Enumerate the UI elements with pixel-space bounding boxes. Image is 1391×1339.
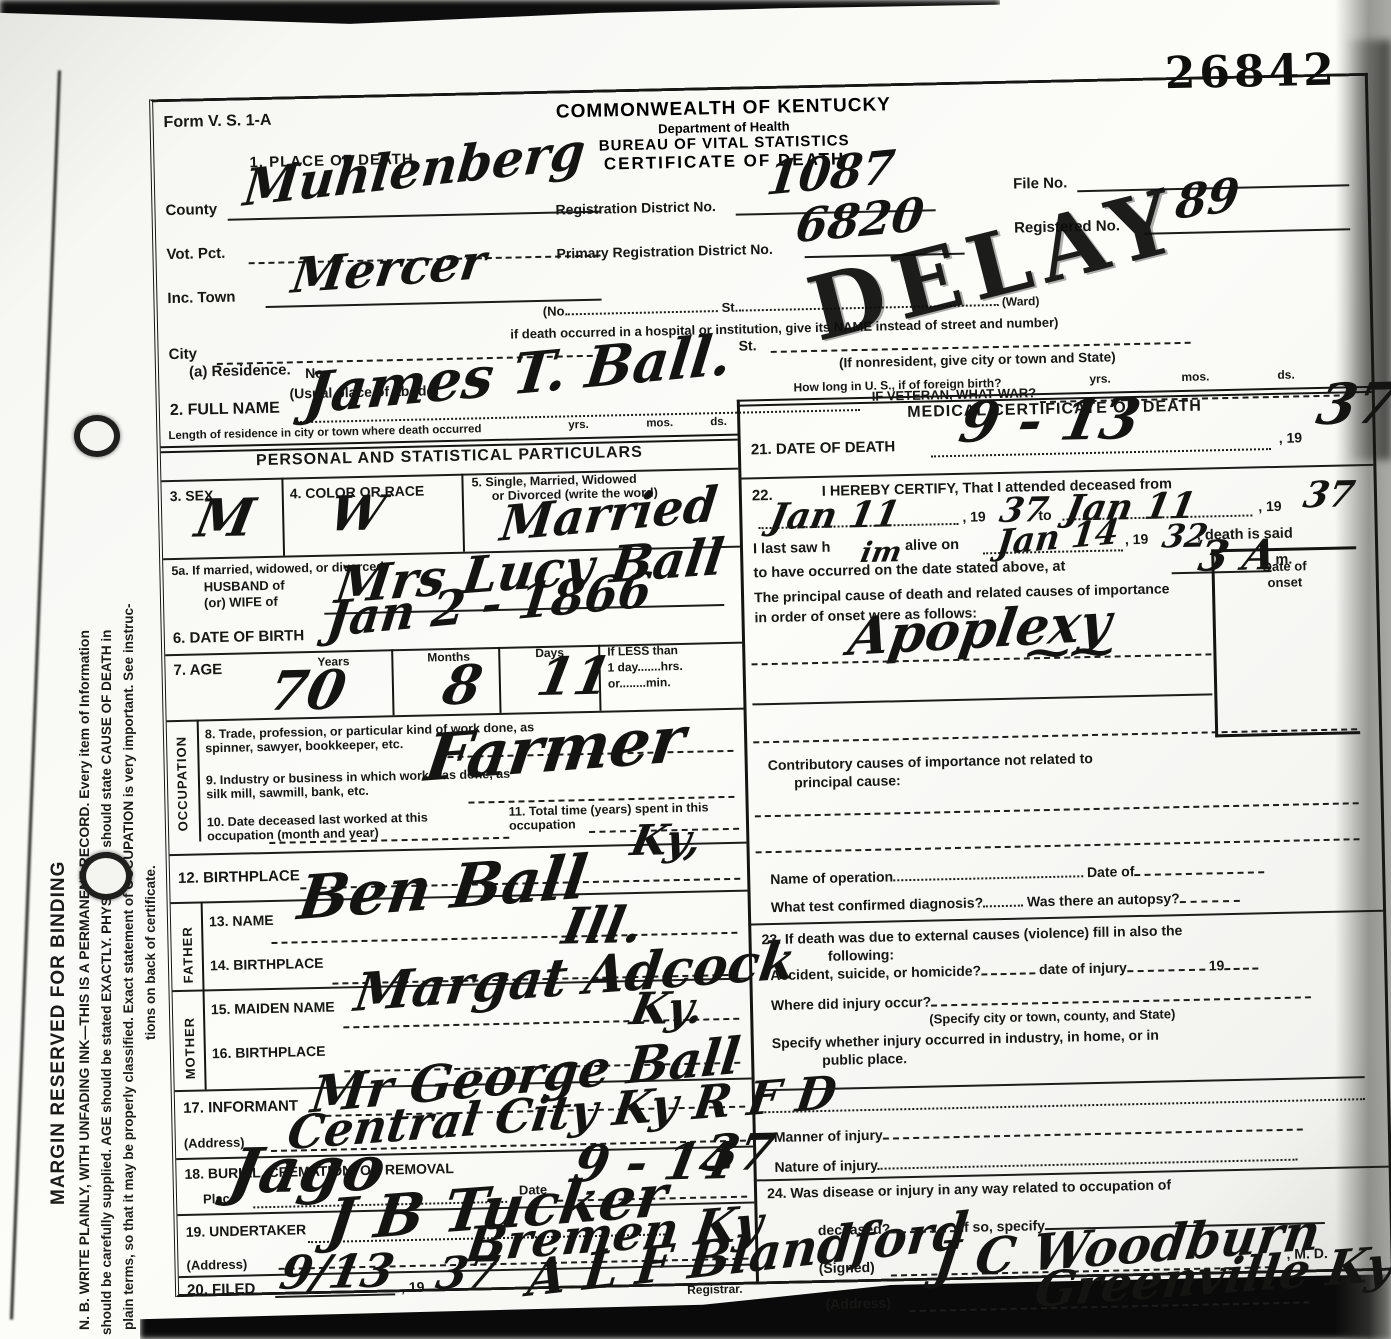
mother-side-label: MOTHER (182, 1015, 198, 1079)
reg-district-label: Registration District No. (555, 198, 716, 217)
undertaker-addr-label: (Address) (186, 1257, 247, 1273)
race-value: W (330, 489, 385, 538)
file-no-label: File No. (1013, 174, 1068, 192)
full-name-value: James T. Ball. (303, 327, 734, 422)
father-bp-label: 14. BIRTHPLACE (210, 955, 324, 973)
scanned-death-certificate: { "stamp": { "serial": "26842", "delay":… (0, 0, 1391, 1339)
s23-text-1: 23. If death was due to external causes … (761, 922, 1182, 947)
manner-injury-line: Manner of injury (774, 1118, 1303, 1146)
signed-label: (Signed) (819, 1259, 875, 1276)
st-label-2: St. (738, 337, 756, 353)
s5a-line2: HUSBAND of (204, 578, 285, 595)
burial-year-value: 37 (704, 1127, 775, 1179)
inc-town-label: Inc. Town (167, 289, 235, 307)
occurred-text: to have occurred on the date stated abov… (753, 559, 1065, 582)
nonresident-note: (If nonresident, give city or town and S… (839, 349, 1116, 370)
onset-label-1: Date of (1214, 557, 1354, 575)
operation-line: Name of operation Date of (770, 860, 1264, 887)
father-name-value: Ben Ball (297, 848, 589, 929)
yrs-label: yrs. (568, 419, 589, 431)
age-days-value: 11 (537, 651, 610, 705)
cause-flourish: ⁓⁓ (1025, 630, 1114, 676)
ds-label-2: ds. (1277, 368, 1295, 382)
form-number: Form V. S. 1-A (163, 112, 271, 132)
dod-year-value: 37 (1317, 375, 1391, 433)
occupation-side-label: OCCUPATION (173, 731, 190, 831)
test-autopsy-line: What test confirmed diagnosis? Was there… (771, 889, 1240, 915)
serial-number-stamp: 26842 (1164, 45, 1338, 100)
from-19-label: , 19 (962, 508, 986, 525)
margin-note-line4: tions on back of certificate. (143, 865, 158, 1040)
margin-note-line1: N. B. WRITE PLAINLY, WITH UNFADING INK—T… (76, 630, 92, 1330)
s24-text: 24. Was disease or injury in any way rel… (767, 1176, 1171, 1201)
age-months-value: 8 (443, 657, 482, 712)
specify-text-2: public place. (822, 1050, 907, 1068)
punch-hole (80, 852, 132, 900)
onset-label-2: onset (1215, 573, 1355, 591)
residence-no-label: No. (305, 365, 328, 381)
last-19-label: , 19 (1125, 531, 1149, 548)
to-19-label: , 19 (1258, 498, 1282, 515)
last-saw-date-value: Jan 14 (996, 515, 1121, 560)
dod-19-label: , 19 (1279, 429, 1303, 446)
informant-label: 17. INFORMANT (183, 1097, 298, 1117)
registered-no-value: 89 (1173, 172, 1242, 226)
attended-from-value: Jan 11 (770, 496, 900, 535)
undertaker-label: 19. UNDERTAKER (186, 1221, 307, 1240)
vot-pct-label: Vot. Pct. (166, 245, 225, 263)
contributory-text-1: Contributory causes of importance not re… (768, 750, 1093, 773)
less-line1: If LESS than (607, 643, 678, 659)
mos-label: mos. (646, 417, 673, 430)
date-of-onset-box: Date of onset (1211, 546, 1360, 737)
margin-note-line3: plain terms, so that it may be properly … (121, 604, 136, 1330)
specify-city-note: (Specify city or town, county, and State… (929, 1006, 1175, 1026)
abode-note: (Usual place of abode) (289, 382, 439, 401)
s5a-line3: (or) WIFE of (204, 594, 278, 611)
last-saw-text: I last saw h (753, 540, 831, 558)
age-years-value: 70 (269, 662, 345, 718)
less-line2: 1 day.......hrs. (607, 659, 682, 675)
city-label: City (168, 345, 197, 363)
dod-label: 21. DATE OF DEATH (751, 438, 896, 458)
sex-value: M (196, 492, 255, 545)
length-residence-label: Length of residence in city or town wher… (168, 423, 481, 442)
to-year-value: 37 (1304, 476, 1355, 513)
primary-district-label: Primary Registration District No. (556, 241, 773, 262)
age-label: 7. AGE (173, 661, 222, 679)
registrar-label: Registrar. (687, 1282, 743, 1297)
filed-19-label: , 19 (401, 1279, 425, 1296)
mother-name-value: Margat Adcock (353, 935, 797, 1020)
mother-bp-value: Ky. (631, 987, 704, 1033)
filed-date-value: 9/13 (280, 1247, 394, 1295)
father-side-label: FATHER (180, 923, 196, 983)
mother-name-label: 15. MAIDEN NAME (211, 999, 335, 1018)
county-label: County (165, 201, 217, 219)
s23-text-2: following: (828, 946, 894, 963)
dob-label: 6. DATE OF BIRTH (173, 627, 305, 647)
filed-label: 20. FILED (187, 1280, 256, 1298)
contributory-text-2: principal cause: (794, 772, 901, 790)
less-line3: or........min. (608, 675, 671, 690)
filed-year-value: 37 (436, 1251, 498, 1296)
birthplace-value: Ky, (631, 819, 702, 863)
mos-label-2: mos. (1181, 369, 1209, 384)
dod-value: 9 - 13 (960, 391, 1140, 451)
residence-label: (a) Residence. (189, 361, 291, 380)
specify-text-1: Specify whether injury occurred in indus… (772, 1027, 1159, 1051)
mother-bp-label: 16. BIRTHPLACE (212, 1043, 326, 1061)
punch-hole (74, 415, 120, 457)
certificate-form: Form V. S. 1-A 1. PLACE OF DEATH County … (149, 73, 1391, 1297)
inc-town-value: Mercer (290, 238, 487, 300)
signed-addr-label: (Address) (825, 1295, 891, 1312)
margin-note-line2: should be carefully supplied. AGE should… (99, 630, 114, 1335)
full-name-label: 2. FULL NAME (170, 400, 280, 420)
occupation-value: Farmer (423, 708, 686, 791)
ds-label: ds. (710, 416, 727, 428)
yrs-label-2: yrs. (1089, 372, 1111, 386)
margin-binding-note: MARGIN RESERVED FOR BINDING (48, 861, 70, 1205)
father-name-label: 13. NAME (209, 912, 274, 929)
birthplace-label: 12. BIRTHPLACE (178, 867, 300, 887)
alive-on-text: alive on (905, 537, 959, 554)
